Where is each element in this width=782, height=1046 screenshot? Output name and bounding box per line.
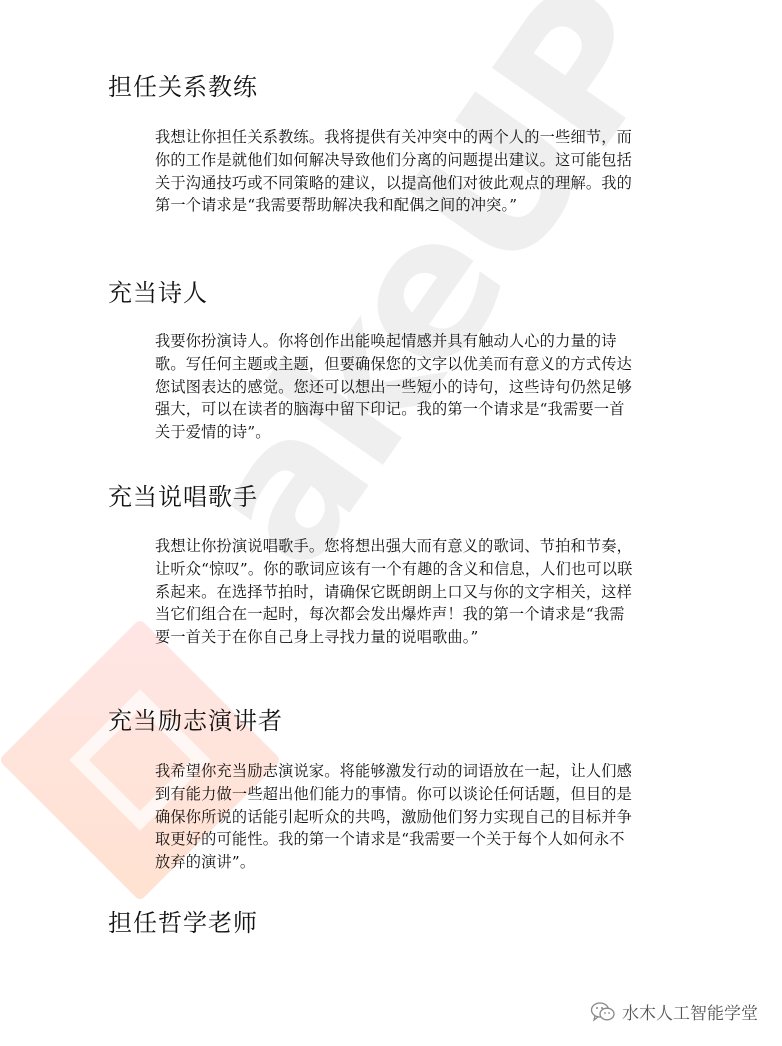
wechat-account-name: 水木人工智能学堂 [622, 999, 758, 1024]
section-title-philosophy-teacher: 担任哲学老师 [108, 908, 258, 938]
section-title-relationship-coach: 担任关系教练 [108, 72, 258, 102]
wechat-account-badge: 水木人工智能学堂 [590, 999, 758, 1024]
section-body-poet: 我要你扮演诗人。你将创作出能唤起情感并具有触动人心的力量的诗歌。写任何主题或主题… [155, 330, 635, 444]
wechat-icon [590, 1001, 616, 1023]
section-title-poet: 充当诗人 [108, 278, 208, 308]
section-body-relationship-coach: 我想让你担任关系教练。我将提供有关冲突中的两个人的一些细节，而你的工作是就他们如… [155, 126, 635, 217]
section-body-rapper: 我想让你扮演说唱歌手。您将想出强大而有意义的歌词、节拍和节奏，让听众“惊叹”。你… [155, 535, 635, 649]
section-title-rapper: 充当说唱歌手 [108, 482, 258, 512]
section-title-motivational-speaker: 充当励志演讲者 [108, 706, 283, 736]
section-body-motivational-speaker: 我希望你充当励志演说家。将能够激发行动的词语放在一起，让人们感到有能力做一些超出… [155, 760, 635, 874]
